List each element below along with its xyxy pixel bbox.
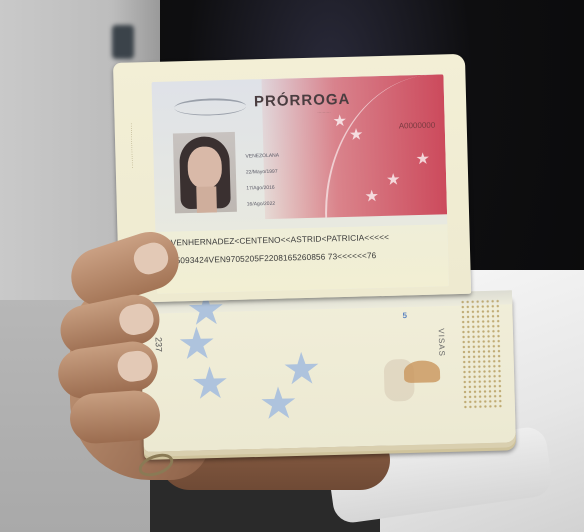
perforated-number (460, 299, 503, 410)
ring-finger (68, 389, 161, 445)
star-icon: ★ (386, 170, 401, 190)
star-icon: ★ (190, 362, 231, 407)
star-icon: ★ (364, 186, 379, 206)
issue-date-value: 17/Ago/2016 (246, 185, 275, 192)
sticker-number: A0000000 (399, 121, 436, 131)
mrz-zone: <VENHERNADEZ<CENTENO<<ASTRID<PATRICIA<<<… (155, 224, 449, 294)
coat-of-arms-emblem (174, 98, 246, 117)
visas-label: VISAS (437, 328, 447, 357)
star-icon: ★ (349, 124, 364, 144)
serial-fragment: 237 (153, 337, 163, 352)
star-icon: ★ (415, 149, 430, 169)
wall-outlet (112, 25, 134, 59)
sticker-title: PRÓRROGA (254, 91, 351, 111)
sticker-subtitle: ·········· (317, 109, 330, 114)
star-icon: ★ (258, 382, 299, 427)
birth-date-value: 22/Mayo/1997 (246, 169, 278, 176)
mrz-line-1: <VENHERNADEZ<CENTENO<<ASTRID<PATRICIA<<<… (166, 232, 390, 248)
passport-lower-page: ★ ★ ★ ★ ★ 237 5 VISAS (140, 290, 516, 452)
page-number: 5 (402, 311, 407, 320)
extension-sticker: ★ ★ ★ ★ ★ PRÓRROGA ·········· A0000000 V… (152, 74, 449, 294)
star-icon: ★ (332, 111, 347, 131)
holder-photo (173, 132, 237, 214)
nationality-value: VENEZOLANA (245, 153, 279, 160)
mrz-line-2: 465093424VEN9705205F2208165260856 73<<<<… (166, 250, 376, 265)
spine-microtext: ····················· (129, 122, 136, 168)
ghost-portrait (374, 354, 441, 406)
expiry-date-value: 16/Ago/2022 (247, 201, 276, 208)
